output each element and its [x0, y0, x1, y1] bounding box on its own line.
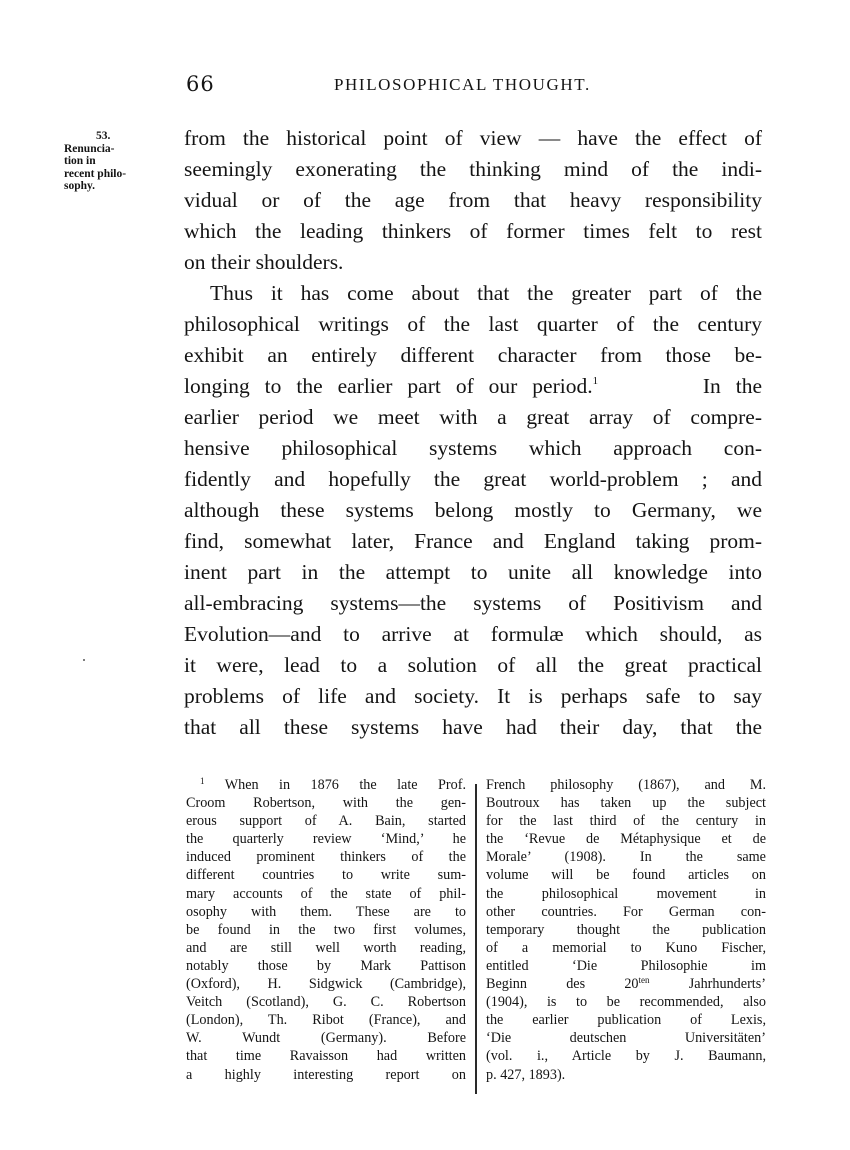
- body-line: exhibit an entirely different character …: [184, 340, 762, 371]
- footnote-line: other countries. For German con-: [486, 903, 766, 921]
- body-line: find, somewhat later, France and England…: [184, 526, 762, 557]
- footnote-line-text: When in 1876 the late Prof.: [225, 777, 466, 793]
- body-line: hensive philosophical systems which appr…: [184, 433, 762, 464]
- footnote-line: that time Ravaisson had written: [186, 1047, 466, 1065]
- footnote-line-tail: Jahrhunderts’: [650, 976, 766, 992]
- footnote-line: osophy with them. These are to: [186, 903, 466, 921]
- footnote-line: different countries to write sum-: [186, 866, 466, 884]
- footnote-reference[interactable]: 1: [593, 375, 599, 387]
- body-line-text: longing to the earlier part of our perio…: [184, 374, 593, 398]
- footnote-line: volume will be found articles on: [486, 866, 766, 884]
- footnote-line: notably those by Mark Pattison: [186, 957, 466, 975]
- body-line: inent part in the attempt to unite all k…: [184, 557, 762, 588]
- sidenote-line: tion in: [64, 155, 184, 168]
- footnote-line: the earlier publication of Lexis,: [486, 1011, 766, 1029]
- body-line: fidently and hopefully the great world-p…: [184, 464, 762, 495]
- marginal-sidenote: 53. Renuncia- tion in recent philo- soph…: [64, 130, 184, 193]
- sidenote-line: sophy.: [64, 180, 184, 193]
- body-line: it were, lead to a solution of all the g…: [184, 650, 762, 681]
- footnote-line: Boutroux has taken up the subject: [486, 794, 766, 812]
- footnote-column-left: 1 When in 1876 the late Prof. Croom Robe…: [186, 776, 466, 1084]
- book-page: 66 PHILOSOPHICAL THOUGHT. 53. Renuncia- …: [0, 0, 850, 1150]
- footnote-column-right: French philosophy (1867), and M. Boutrou…: [486, 776, 766, 1084]
- footnote-marker: 1: [200, 776, 205, 786]
- paragraph-start-line: Thus it has come about that the greater …: [184, 278, 762, 309]
- sidenote-line: recent philo-: [64, 168, 184, 181]
- scan-speck: [83, 659, 85, 661]
- footnote-line: (Oxford), H. Sidgwick (Cambridge),: [186, 975, 466, 993]
- footnote-line: erous support of A. Bain, started: [186, 812, 466, 830]
- body-line: Evolution—and to arrive at formulæ which…: [184, 619, 762, 650]
- footnote-line: the philosophical movement in: [486, 885, 766, 903]
- footnote-line: Morale’ (1908). In the same: [486, 848, 766, 866]
- main-body-text: from the historical point of view — have…: [184, 123, 762, 743]
- footnote-line: be found in the two first volumes,: [186, 921, 466, 939]
- body-line: from the historical point of view — have…: [184, 123, 762, 154]
- running-title: PHILOSOPHICAL THOUGHT.: [334, 75, 591, 95]
- footnote-line: and are still well worth reading,: [186, 939, 466, 957]
- body-line: vidual or of the age from that heavy res…: [184, 185, 762, 216]
- body-line: that all these systems have had their da…: [184, 712, 762, 743]
- footnote-line: induced prominent thinkers of the: [186, 848, 466, 866]
- body-line: which the leading thinkers of former tim…: [184, 216, 762, 247]
- body-line: earlier period we meet with a great arra…: [184, 402, 762, 433]
- footnote-line: of a memorial to Kuno Fischer,: [486, 939, 766, 957]
- body-line: all-embracing systems—the systems of Pos…: [184, 588, 762, 619]
- body-line: seemingly exonerating the thinking mind …: [184, 154, 762, 185]
- footnote-line: Croom Robertson, with the gen-: [186, 794, 466, 812]
- footnote-line: 1 When in 1876 the late Prof.: [186, 776, 466, 794]
- footnote-line: (vol. i., Article by J. Baumann,: [486, 1047, 766, 1065]
- page-header: 66 PHILOSOPHICAL THOUGHT.: [186, 72, 764, 102]
- footnote-line-text: Beginn des 20: [486, 976, 639, 992]
- footnote-line: Beginn des 20ten Jahrhunderts’: [486, 975, 766, 993]
- footnote-line: a highly interesting report on: [186, 1066, 466, 1084]
- sidenote-line: Renuncia-: [64, 143, 184, 156]
- body-line-tail: In the: [703, 374, 762, 398]
- section-number: 53.: [64, 130, 184, 143]
- footnote-line: for the last third of the century in: [486, 812, 766, 830]
- column-divider: [475, 784, 477, 1094]
- footnote-line: entitled ‘Die Philosophie im: [486, 957, 766, 975]
- body-line: problems of life and society. It is perh…: [184, 681, 762, 712]
- footnote-line: mary accounts of the state of phil-: [186, 885, 466, 903]
- page-number: 66: [186, 72, 215, 96]
- footnote-line: (London), Th. Ribot (France), and: [186, 1011, 466, 1029]
- body-line: on their shoulders.: [184, 247, 762, 278]
- footnote-line: the quarterly review ‘Mind,’ he: [186, 830, 466, 848]
- body-line: philosophical writings of the last quart…: [184, 309, 762, 340]
- footnote-line: W. Wundt (Germany). Before: [186, 1029, 466, 1047]
- footnote-line: temporary thought the publication: [486, 921, 766, 939]
- body-line-with-footnote-ref: longing to the earlier part of our perio…: [184, 371, 762, 402]
- body-line: although these systems belong mostly to …: [184, 495, 762, 526]
- footnote-line: (1904), is to be recommended, also: [486, 993, 766, 1011]
- footnote-line: ‘Die deutschen Universitäten’: [486, 1029, 766, 1047]
- footnote-line: p. 427, 1893).: [486, 1066, 766, 1084]
- footnote-line: the ‘Revue de Métaphysique et de: [486, 830, 766, 848]
- footnote-line: French philosophy (1867), and M.: [486, 776, 766, 794]
- superscript-ten: ten: [639, 975, 650, 985]
- footnote-line: Veitch (Scotland), G. C. Robertson: [186, 993, 466, 1011]
